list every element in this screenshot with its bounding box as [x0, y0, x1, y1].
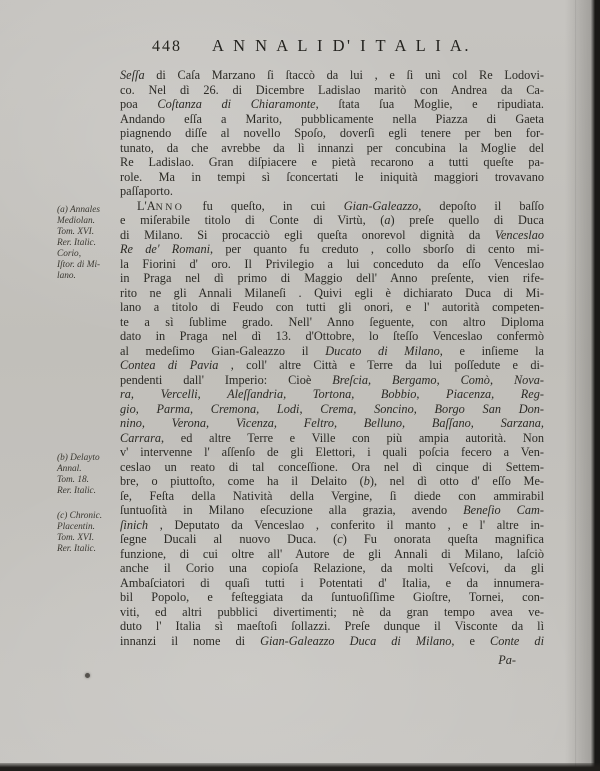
text-line: la Fiorini d' oro. Il Privilegio a lui c…	[120, 257, 544, 272]
text-line: L'ANNO fu queſto, in cui Gian-Galeazzo, …	[120, 199, 544, 214]
catchword: Pa-	[120, 653, 544, 668]
ink-speck	[85, 673, 90, 678]
margin-note-line: lano.	[57, 271, 119, 282]
scan-right-edge	[591, 0, 600, 771]
margin-note-line: Tom. XVI.	[57, 227, 119, 238]
text-line: rito ne gli Annali Milaneſi . Quivi egli…	[120, 286, 544, 301]
text-line: piagnendo diſſe al novello Spoſo, doverſ…	[120, 126, 544, 141]
margin-note-line: Mediolan.	[57, 216, 119, 227]
text-line: Seſſa di Caſa Marzano ſi ſtaccò da lui ,…	[120, 68, 544, 83]
text-line: duto l' Italia sì maeſtoſi ſollazzi. Pre…	[120, 619, 544, 634]
text-line: poa Coſtanza di Chiaramonte, ſtata ſua M…	[120, 97, 544, 112]
text-line: in Praga nel dì primo di Maggio dell' An…	[120, 271, 544, 286]
margin-note-line: Corio,	[57, 249, 119, 260]
text-line: Ambaſciatori di quaſi tutti i Potentati …	[120, 576, 544, 591]
paragraph: Seſſa di Caſa Marzano ſi ſtaccò da lui ,…	[120, 68, 544, 199]
text-line: ſuntuoſità in Milano eſecuzione alla gra…	[120, 503, 544, 518]
text-line: Carrara, ed altre Terre e Ville con più …	[120, 431, 544, 446]
text-line: ſinich , Deputato da Venceslao , conferi…	[120, 518, 544, 533]
page-edge-shadow	[565, 0, 591, 771]
text-line: bre, o piuttoſto, come ha il Delaito (b)…	[120, 474, 544, 489]
text-line: role. Ma in tempi sì ſconcertati le iniq…	[120, 170, 544, 185]
text-line: ſe, Feſta della Natività della Vergine, …	[120, 489, 544, 504]
text-line: e miſerabile titolo di Conte di Virtù, (…	[120, 213, 544, 228]
text-line: Re de' Romani, per quanto fu creduto , c…	[120, 242, 544, 257]
paragraph: L'ANNO fu queſto, in cui Gian-Galeazzo, …	[120, 199, 544, 649]
text-line: di Milano. Si procacciò egli queſta onor…	[120, 228, 544, 243]
text-line: ceslao un reato di tal conceſſione. Ora …	[120, 460, 544, 475]
margin-note-line: (a) Annales	[57, 205, 119, 216]
text-line: Andando eſſa a Marito, pubblicamente nel…	[120, 112, 544, 127]
text-line: bil Popolo, e feſteggiata da ſuntuoſiſſi…	[120, 590, 544, 605]
text-line: al medeſimo Gian-Galeazzo il Ducato di M…	[120, 344, 544, 359]
page-title: A N N A L I D' I T A L I A.	[212, 36, 471, 56]
margin-note-line: Iſtor. di Mi-	[57, 260, 119, 271]
margin-note-a: (a) AnnalesMediolan.Tom. XVI.Rer. Italic…	[57, 205, 119, 282]
text-line: innanzi il nome di Gian-Galeazzo Duca di…	[120, 634, 544, 649]
scan-bottom-edge	[0, 763, 600, 771]
text-line: gio, Parma, Cremona, Lodi, Crema, Soncin…	[120, 402, 544, 417]
text-line: tunato, da che avrebbe da lì innanzi per…	[120, 141, 544, 156]
margin-note-line: Rer. Italic.	[57, 486, 119, 497]
margin-note-c: (c) Chronic.Placentin.Tom. XVI.Rer. Ital…	[57, 511, 119, 555]
text-line: co. Nel dì 26. di Dicembre Ladislao mari…	[120, 83, 544, 98]
book-page-scan: 448 A N N A L I D' I T A L I A. (a) Anna…	[0, 0, 600, 771]
text-line: Contea di Pavia , coll' altre Città e Te…	[120, 358, 544, 373]
margin-note-line: Tom. XVI.	[57, 533, 119, 544]
text-line: ſegne Ducali al nuovo Duca. (c) Fu onora…	[120, 532, 544, 547]
margin-note-line: Rer. Italic.	[57, 238, 119, 249]
margin-note-line: (b) Delayto	[57, 453, 119, 464]
text-line: v' intervenne l' aſſenſo de gli Elettori…	[120, 445, 544, 460]
text-line: viti, ed altri pubblici divertimenti; nè…	[120, 605, 544, 620]
page-header: 448 A N N A L I D' I T A L I A.	[120, 36, 544, 60]
text-line: dato in Praga nel dì 13. d'Ottobre, lo ſ…	[120, 329, 544, 344]
margin-note-line: (c) Chronic.	[57, 511, 119, 522]
margin-note-line: Rer. Italic.	[57, 544, 119, 555]
margin-note-b: (b) DelaytoAnnal.Tom. 18.Rer. Italic.	[57, 453, 119, 497]
text-line: ra, Vercelli, Aleſſandria, Tortona, Bobb…	[120, 387, 544, 402]
margin-note-line: Annal.	[57, 464, 119, 475]
text-line: lano a titolo di Feudo con tutti gli ono…	[120, 300, 544, 315]
text-line: pendenti dall' Imperio: Cioè Breſcia, Be…	[120, 373, 544, 388]
text-line: anche il Corio una copioſa Relazione, da…	[120, 561, 544, 576]
text-line: nino, Verona, Vicenza, Feltro, Belluno, …	[120, 416, 544, 431]
text-line: te a sì ſublime grado. Nell' Anno ſeguen…	[120, 315, 544, 330]
text-line: paſſaporto.	[120, 184, 544, 199]
margin-note-line: Tom. 18.	[57, 475, 119, 486]
page-number: 448	[152, 38, 182, 56]
text-line: funzione, di cui oltre all' Autore de gl…	[120, 547, 544, 562]
margin-note-line: Placentin.	[57, 522, 119, 533]
text-line: Re Ladislao. Gran diſpiacere e pietà rec…	[120, 155, 544, 170]
body-text: Seſſa di Caſa Marzano ſi ſtaccò da lui ,…	[120, 68, 544, 668]
